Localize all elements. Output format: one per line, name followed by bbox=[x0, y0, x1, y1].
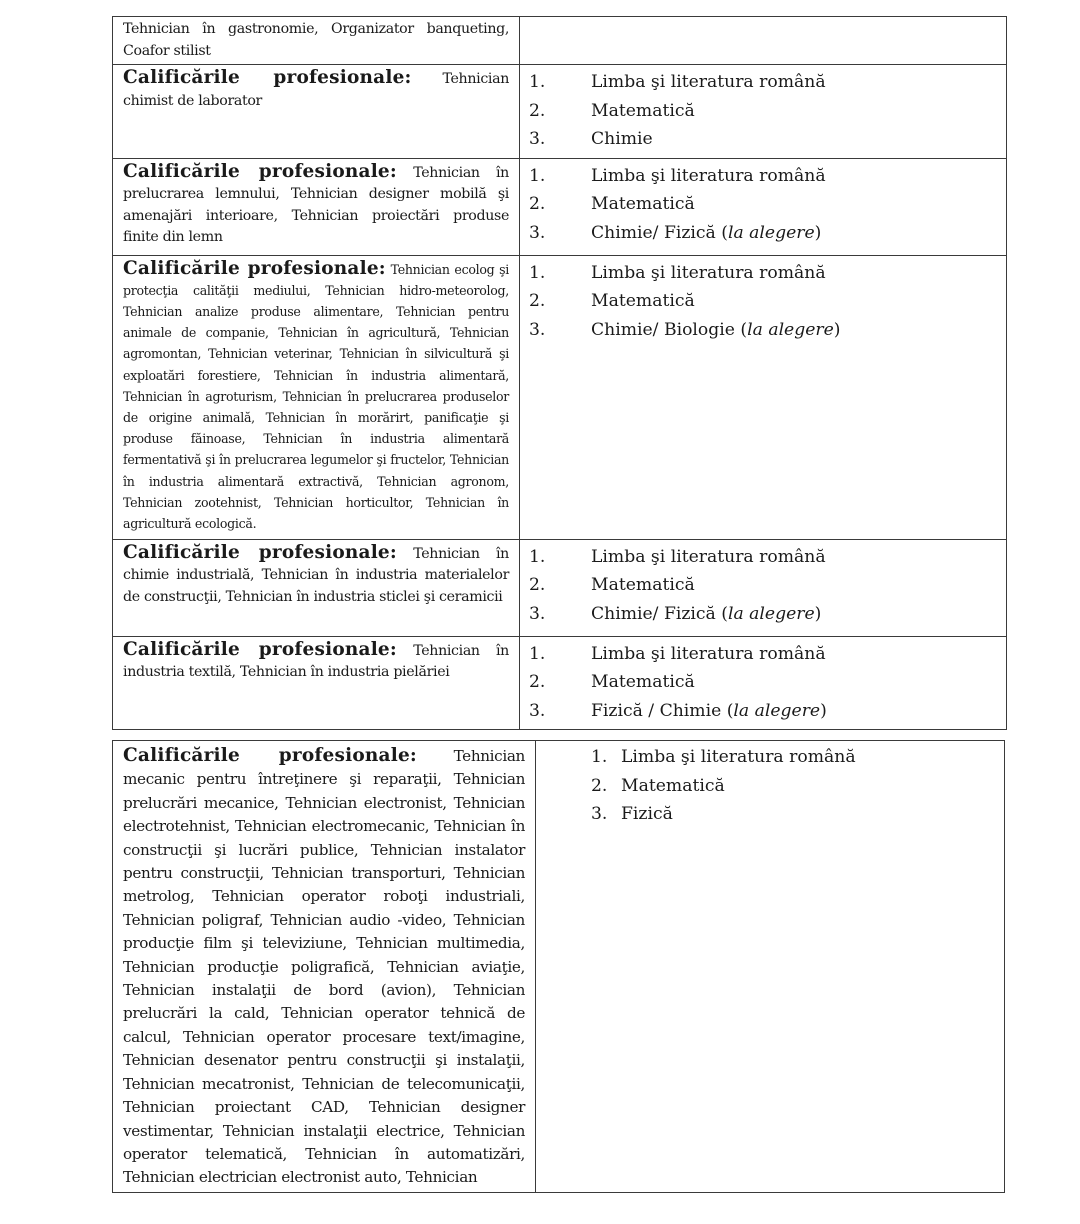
subject-name: Matematică bbox=[591, 287, 695, 316]
subject-name: Limba şi literatura română bbox=[591, 259, 826, 288]
subject-item: 1.Limba şi literatura română bbox=[520, 68, 1006, 97]
subject-number: 2. bbox=[520, 97, 591, 126]
subject-name: Limba şi literatura română bbox=[621, 743, 856, 772]
subject-name: Fizică bbox=[621, 800, 673, 829]
subject-item: 1.Limba şi literatura română bbox=[520, 259, 1006, 288]
table-row: Calificările profesionale: Tehnician în … bbox=[113, 158, 1007, 255]
subject-number: 3. bbox=[520, 600, 591, 629]
subject-number: 3. bbox=[520, 219, 591, 248]
subject-name: Limba şi literatura română bbox=[591, 68, 826, 97]
subjects-list: 1.Limba şi literatura română2.Matematică… bbox=[520, 256, 1006, 349]
qualifications-cell: Calificările profesionale: Tehnician în … bbox=[113, 636, 520, 730]
subject-number: 2. bbox=[520, 190, 591, 219]
subject-name: Chimie bbox=[591, 125, 653, 154]
qualifications-list: Tehnician mecanic pentru întreţinere şi … bbox=[123, 747, 525, 1186]
subject-number: 2. bbox=[536, 772, 621, 801]
subject-item: 2.Matematică bbox=[520, 190, 1006, 219]
subject-item: 1.Limba şi literatura română bbox=[536, 743, 1004, 772]
section-lead: Calificările profesionale: bbox=[123, 542, 397, 563]
subject-item: 2.Matematică bbox=[520, 287, 1006, 316]
qualifications-text: Calificările profesionale: Tehnician în … bbox=[113, 159, 519, 251]
subject-number: 1. bbox=[520, 162, 591, 191]
subject-number: 3. bbox=[536, 800, 621, 829]
qualifications-text: Calificările profesionale: Tehnician eco… bbox=[113, 256, 519, 537]
section-lead: Calificările profesionale: bbox=[123, 258, 386, 279]
subject-item: 3.Fizică bbox=[536, 800, 1004, 829]
subject-item: 2.Matematică bbox=[520, 668, 1006, 697]
subjects-list: 1.Limba şi literatura română2.Matematică… bbox=[536, 741, 1004, 829]
subjects-cell: 1.Limba şi literatura română2.Matematică… bbox=[520, 158, 1007, 255]
subject-item: 3.Chimie bbox=[520, 125, 1006, 154]
subject-name: Limba şi literatura română bbox=[591, 543, 826, 572]
table-row: Calificările profesionale: Tehnician în … bbox=[113, 636, 1007, 730]
subject-name: Matematică bbox=[621, 772, 725, 801]
table-row: Calificările profesionale: Tehnician eco… bbox=[113, 255, 1007, 539]
subjects-cell: 1.Limba şi literatura română2.Matematică… bbox=[520, 636, 1007, 730]
subject-name: Matematică bbox=[591, 571, 695, 600]
subject-name: Chimie/ Fizică (la alegere) bbox=[591, 219, 821, 248]
section-lead: Calificările profesionale: bbox=[123, 67, 412, 88]
section-lead: Calificările profesionale: bbox=[123, 161, 397, 182]
qualifications-cell: Calificările profesionale: Tehnician eco… bbox=[113, 255, 520, 539]
subject-item: 2.Matematică bbox=[520, 97, 1006, 126]
qualifications-cell: Calificările profesionale: Tehnician în … bbox=[113, 539, 520, 636]
subject-item: 1.Limba şi literatura română bbox=[520, 640, 1006, 669]
qualifications-text: Calificările profesionale: Tehnician chi… bbox=[113, 65, 519, 114]
subjects-cell: 1.Limba şi literatura română2.Matematică… bbox=[520, 65, 1007, 159]
subject-item: 1.Limba şi literatura română bbox=[520, 162, 1006, 191]
subject-note: la alegere bbox=[733, 701, 820, 721]
qualifications-list: Tehnician ecolog şi protecţia calităţii … bbox=[123, 262, 509, 531]
subjects-list: 1.Limba şi literatura română2.Matematică… bbox=[520, 159, 1006, 252]
subject-name: Matematică bbox=[591, 97, 695, 126]
table-row: Calificările profesionale: Tehnician în … bbox=[113, 539, 1007, 636]
subject-name: Matematică bbox=[591, 668, 695, 697]
subject-number: 1. bbox=[536, 743, 621, 772]
subjects-cell: 1.Limba şi literatura română2.Matematică… bbox=[536, 741, 1005, 1193]
subjects-list: 1.Limba şi literatura română2.Matematică… bbox=[520, 65, 1006, 158]
subject-name: Fizică / Chimie (la alegere) bbox=[591, 697, 827, 726]
subject-number: 1. bbox=[520, 259, 591, 288]
qualifications-table-1: Tehnician în gastronomie, Organizator ba… bbox=[112, 16, 1007, 730]
qualifications-text: Tehnician în gastronomie, Organizator ba… bbox=[113, 17, 519, 64]
table-row: Calificările profesionale: Tehnician chi… bbox=[113, 65, 1007, 159]
subject-number: 1. bbox=[520, 543, 591, 572]
subject-number: 2. bbox=[520, 287, 591, 316]
subject-item: 3.Fizică / Chimie (la alegere) bbox=[520, 697, 1006, 726]
subject-item: 3.Chimie/ Fizică (la alegere) bbox=[520, 219, 1006, 248]
subjects-list: 1.Limba şi literatura română2.Matematică… bbox=[520, 637, 1006, 730]
qualifications-text: Calificările profesionale: Tehnician mec… bbox=[113, 741, 535, 1192]
table-row: Calificările profesionale: Tehnician mec… bbox=[113, 741, 1005, 1193]
subjects-list: 1.Limba şi literatura română2.Matematică… bbox=[520, 540, 1006, 633]
subject-name: Chimie/ Biologie (la alegere) bbox=[591, 316, 841, 345]
subject-note: la alegere bbox=[747, 320, 834, 340]
table-row: Tehnician în gastronomie, Organizator ba… bbox=[113, 17, 1007, 65]
qualifications-text: Calificările profesionale: Tehnician în … bbox=[113, 637, 519, 686]
subject-item: 2.Matematică bbox=[536, 772, 1004, 801]
subject-number: 3. bbox=[520, 125, 591, 154]
subject-name: Matematică bbox=[591, 190, 695, 219]
subject-number: 2. bbox=[520, 571, 591, 600]
qualifications-cell: Calificările profesionale: Tehnician mec… bbox=[113, 741, 536, 1193]
qualifications-text: Calificările profesionale: Tehnician în … bbox=[113, 540, 519, 611]
subject-item: 1.Limba şi literatura română bbox=[520, 543, 1006, 572]
subject-item: 3.Chimie/ Biologie (la alegere) bbox=[520, 316, 1006, 345]
qualifications-cell: Tehnician în gastronomie, Organizator ba… bbox=[113, 17, 520, 65]
subject-number: 2. bbox=[520, 668, 591, 697]
qualifications-cell: Calificările profesionale: Tehnician chi… bbox=[113, 65, 520, 159]
subject-number: 3. bbox=[520, 697, 591, 726]
subject-note: la alegere bbox=[728, 223, 815, 243]
subject-number: 1. bbox=[520, 68, 591, 97]
subject-item: 3.Chimie/ Fizică (la alegere) bbox=[520, 600, 1006, 629]
subject-note: la alegere bbox=[728, 604, 815, 624]
subjects-cell: 1.Limba şi literatura română2.Matematică… bbox=[520, 539, 1007, 636]
subjects-cell bbox=[520, 17, 1007, 65]
section-lead: Calificările profesionale: bbox=[123, 745, 417, 766]
subject-name: Limba şi literatura română bbox=[591, 162, 826, 191]
subjects-cell: 1.Limba şi literatura română2.Matematică… bbox=[520, 255, 1007, 539]
subject-number: 1. bbox=[520, 640, 591, 669]
section-lead: Calificările profesionale: bbox=[123, 639, 397, 660]
subject-number: 3. bbox=[520, 316, 591, 345]
subject-name: Chimie/ Fizică (la alegere) bbox=[591, 600, 821, 629]
qualifications-list: Tehnician în gastronomie, Organizator ba… bbox=[123, 21, 509, 59]
subject-name: Limba şi literatura română bbox=[591, 640, 826, 669]
subject-item: 2.Matematică bbox=[520, 571, 1006, 600]
qualifications-table-2: Calificările profesionale: Tehnician mec… bbox=[112, 740, 1005, 1193]
qualifications-cell: Calificările profesionale: Tehnician în … bbox=[113, 158, 520, 255]
